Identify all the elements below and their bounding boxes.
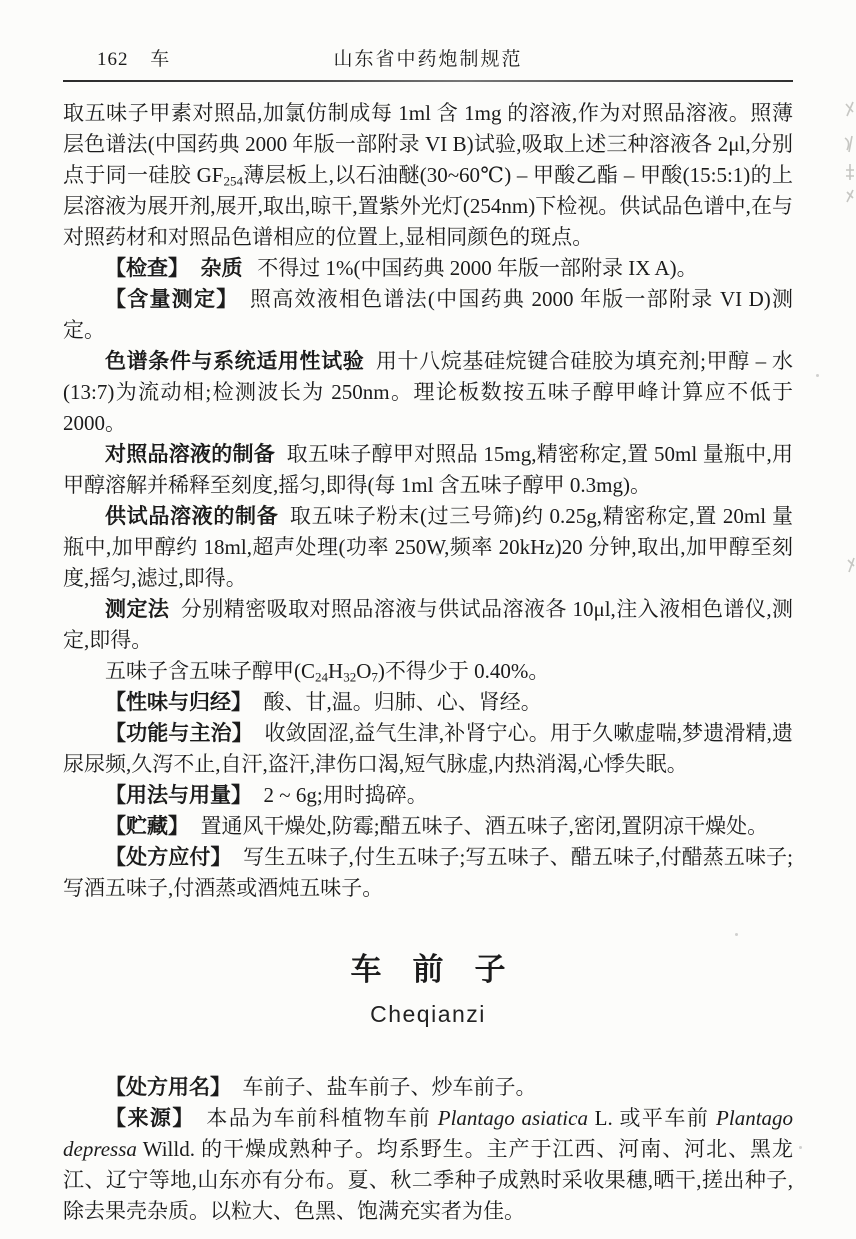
- scan-edge-artifacts: [840, 0, 856, 640]
- cheqianzi-title-block: 车 前 子 Cheqianzi: [63, 944, 793, 1028]
- jiancha-text: 不得过 1%(中国药典 2000 年版一部附录 IX A)。: [257, 256, 697, 280]
- paragraph-cedingfa: 测定法分别精密吸取对照品溶液与供试品溶液各 10μl,注入液相色谱仪,测定,即得…: [63, 594, 793, 656]
- limit-text-2: H: [328, 659, 343, 683]
- subscript-c24: 24: [315, 670, 328, 685]
- paragraph-gongshipin-zhibei: 供试品溶液的制备取五味子粉末(过三号筛)约 0.25g,精密称定,置 20ml …: [63, 501, 793, 594]
- paragraph-zhucang: 【贮藏】置通风干燥处,防霉;醋五味子、酒五味子,密闭,置阴凉干燥处。: [63, 811, 793, 842]
- subhead-setiao: 色谱条件与系统适用性试验: [105, 350, 364, 373]
- subscript-gf254: 254: [224, 174, 244, 189]
- subhead-cedingfa: 测定法: [105, 598, 169, 621]
- scan-speck: [816, 374, 819, 377]
- paragraph-chufang-yingfu: 【处方应付】写生五味子,付生五味子;写五味子、醋五味子,付醋蒸五味子;写酒五味子…: [63, 842, 793, 904]
- paragraph-gongneng-zhuzhi: 【功能与主治】收敛固涩,益气生津,补肾宁心。用于久嗽虚喘,梦遗滑精,遗尿尿频,久…: [63, 718, 793, 780]
- field-item-zazhi: 杂质: [201, 257, 243, 280]
- subscript-h32: 32: [343, 670, 356, 685]
- laiyuan-text-3: Willd. 的干燥成熟种子。均系野生。主产于江西、河南、河北、黑龙江、辽宁等地…: [63, 1137, 793, 1223]
- field-label-chufang: 【处方应付】: [105, 846, 232, 869]
- subhead-duizhaopin: 对照品溶液的制备: [105, 443, 275, 466]
- monograph-title: 车 前 子: [63, 944, 793, 989]
- paragraph-yongfa-yongliang: 【用法与用量】2 ~ 6g;用时捣碎。: [63, 780, 793, 811]
- paragraph-chufang-yongming: 【处方用名】车前子、盐车前子、炒车前子。: [63, 1072, 793, 1103]
- laiyuan-text-1: 本品为车前科植物车前: [206, 1106, 437, 1130]
- page-content: 162 车 山东省中药炮制规范 取五味子甲素对照品,加氯仿制成每 1ml 含 1…: [63, 0, 793, 1227]
- monograph-body: 取五味子甲素对照品,加氯仿制成每 1ml 含 1mg 的溶液,作为对照品溶液。照…: [63, 98, 793, 1227]
- zhucang-text: 置通风干燥处,防霉;醋五味子、酒五味子,密闭,置阴凉干燥处。: [201, 814, 769, 838]
- paragraph-content-limit: 五味子含五味子醇甲(C24H32O7)不得少于 0.40%。: [63, 656, 793, 687]
- xingwei-text: 酸、甘,温。归肺、心、肾经。: [264, 690, 542, 714]
- scan-speck: [459, 238, 462, 241]
- field-label-hanliang: 【含量测定】: [105, 288, 238, 311]
- limit-text-1: 五味子含五味子醇甲(C: [105, 659, 315, 683]
- subhead-gongshipin: 供试品溶液的制备: [105, 505, 278, 528]
- field-label-gongneng: 【功能与主治】: [105, 722, 253, 745]
- page-header: 162 车 山东省中药炮制规范: [63, 44, 793, 74]
- header-rule: [63, 80, 793, 82]
- scan-speck: [436, 553, 439, 556]
- yongfa-text: 2 ~ 6g;用时捣碎。: [264, 783, 428, 807]
- paragraph-duizhaopin-zhibei: 对照品溶液的制备取五味子醇甲对照品 15mg,精密称定,置 50ml 量瓶中,用…: [63, 439, 793, 501]
- cheqianzi-body: 【处方用名】车前子、盐车前子、炒车前子。 【来源】本品为车前科植物车前 Plan…: [63, 1072, 793, 1227]
- field-label-zhucang: 【贮藏】: [105, 815, 189, 838]
- paragraph-hanliang-ceding: 【含量测定】照高效液相色谱法(中国药典 2000 年版一部附录 VI D)测定。: [63, 284, 793, 346]
- cedingfa-text: 分别精密吸取对照品溶液与供试品溶液各 10μl,注入液相色谱仪,测定,即得。: [63, 597, 793, 652]
- latin-name-plantago-asiatica: Plantago asiatica: [438, 1106, 588, 1130]
- paragraph-jiancha: 【检查】杂质不得过 1%(中国药典 2000 年版一部附录 IX A)。: [63, 253, 793, 284]
- paragraph-tlc-identification: 取五味子甲素对照品,加氯仿制成每 1ml 含 1mg 的溶液,作为对照品溶液。照…: [63, 98, 793, 253]
- field-label-laiyuan: 【来源】: [105, 1107, 195, 1130]
- field-label-jiancha: 【检查】: [105, 257, 189, 280]
- limit-text-4: )不得少于 0.40%。: [378, 659, 550, 683]
- field-label-yongfa: 【用法与用量】: [105, 784, 252, 807]
- paragraph-laiyuan: 【来源】本品为车前科植物车前 Plantago asiatica L. 或平车前…: [63, 1103, 793, 1227]
- scan-speck: [799, 1146, 802, 1149]
- paragraph-setiao-tiaojian: 色谱条件与系统适用性试验用十八烷基硅烷键合硅胶为填充剂;甲醇 – 水(13:7)…: [63, 346, 793, 439]
- yongming-text: 车前子、盐车前子、炒车前子。: [243, 1075, 537, 1099]
- field-label-xingwei: 【性味与归经】: [105, 691, 252, 714]
- laiyuan-text-2: L. 或平车前: [588, 1106, 716, 1130]
- scanned-document-page: 162 车 山东省中药炮制规范 取五味子甲素对照品,加氯仿制成每 1ml 含 1…: [0, 0, 856, 1239]
- book-title: 山东省中药炮制规范: [63, 44, 793, 71]
- field-label-yongming: 【处方用名】: [105, 1076, 231, 1099]
- scan-speck: [735, 933, 738, 936]
- limit-text-3: O: [356, 659, 371, 683]
- monograph-pinyin: Cheqianzi: [63, 1001, 793, 1028]
- paragraph-xingwei-guijing: 【性味与归经】酸、甘,温。归肺、心、肾经。: [63, 687, 793, 718]
